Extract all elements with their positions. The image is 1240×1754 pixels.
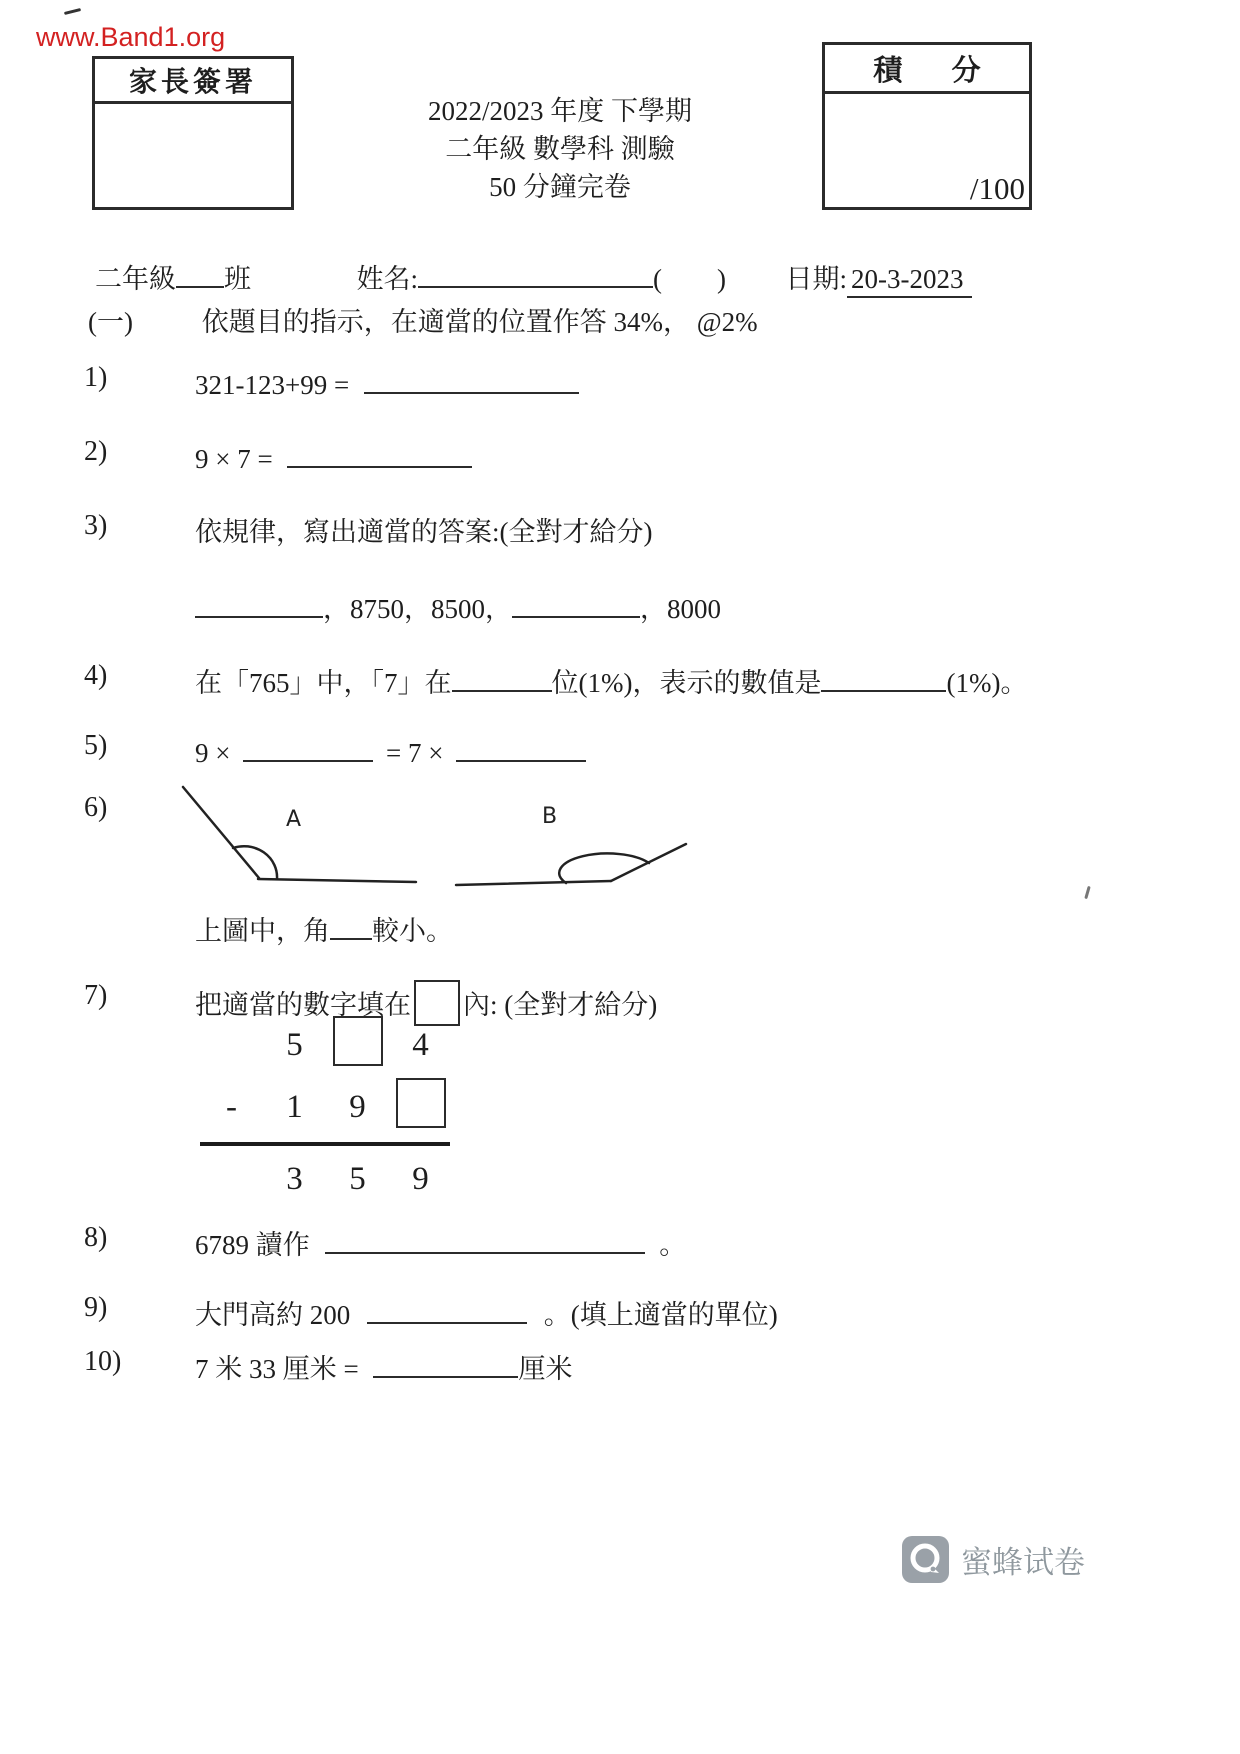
footer-brand: 蜜蜂试卷: [902, 1536, 1085, 1583]
footer-brand-text: 蜜蜂试卷: [961, 1537, 1085, 1582]
scan-artifact-dash: [64, 8, 81, 15]
score-box-title: 積 分: [825, 45, 1029, 94]
q5-text: 9 × = 7 ×: [195, 730, 586, 769]
q5-blank-1: [243, 730, 373, 762]
score-denominator: /100: [970, 171, 1025, 207]
class-suffix-label: 班: [224, 264, 251, 294]
q3-number: 3): [84, 510, 154, 542]
q7-text-2: 內: (全對才給分): [463, 990, 657, 1020]
paper-title-line3: 50 分鐘完卷: [340, 168, 780, 206]
angle-a-ray: [183, 787, 259, 878]
q3-blank-1: [195, 586, 323, 618]
score-box: 積 分 /100: [822, 42, 1032, 210]
angle-a-base: [258, 879, 416, 882]
angle-b-base: [456, 881, 611, 885]
q7-rule-line: [200, 1142, 450, 1146]
q4-number: 4): [84, 660, 154, 692]
q7-minus-sign: -: [200, 1089, 263, 1126]
q9-number: 9): [84, 1292, 154, 1324]
student-info-line: 二年級班 姓名:() 日期:20-3-2023: [95, 256, 1155, 296]
q1-expression: 321-123+99 =: [195, 370, 349, 400]
paren-close: ): [717, 264, 726, 294]
q6-number: 6): [84, 792, 154, 824]
angle-a-label: A: [286, 807, 301, 832]
section-header: (一) 依題目的指示，在適當的位置作答 34%， @2%: [88, 300, 1148, 339]
q3-blank-2: [512, 586, 640, 618]
bee-exam-logo-icon: [902, 1536, 949, 1583]
name-blank: [418, 256, 653, 288]
q8-number: 8): [84, 1222, 154, 1254]
q7-missing-box-2: [396, 1078, 446, 1128]
q7-minuend-row: 5 4: [200, 1014, 460, 1076]
site-watermark: www.Band1.org: [36, 22, 225, 53]
q5-number: 5): [84, 730, 154, 762]
q2-text: 9 × 7 =: [195, 436, 472, 475]
q7-result-digit-2: 5: [326, 1161, 389, 1198]
q3-sequence-end: ，8000: [640, 594, 721, 624]
q1-number: 1): [84, 362, 154, 394]
paren-open: (: [653, 264, 662, 294]
exam-paper-page: www.Band1.org 家長簽署 2022/2023 年度 下學期 二年級 …: [0, 0, 1240, 1754]
q7-subtrahend-row: - 1 9: [200, 1076, 460, 1138]
q4-blank-1: [452, 660, 552, 692]
q2-answer-blank: [287, 436, 472, 468]
q3-text: 依規律，寫出適當的答案:(全對才給分): [195, 510, 652, 549]
q7-subtrahend-digit-2: 9: [326, 1089, 389, 1126]
q4-text-3: (1%)。: [946, 668, 1027, 698]
q4-blank-2: [821, 660, 946, 692]
q7-minuend-digit-3: 4: [389, 1027, 452, 1064]
q10-text-2: 厘米: [518, 1354, 572, 1384]
q1-text: 321-123+99 =: [195, 362, 579, 401]
q7-result-row: 3 5 9: [200, 1148, 460, 1210]
q10-number: 10): [84, 1346, 154, 1378]
q3-sequence-mid: ，8750，8500，: [323, 594, 512, 624]
q5-text-2: = 7 ×: [386, 738, 443, 768]
q2-expression: 9 × 7 =: [195, 444, 273, 474]
q5-blank-2: [456, 730, 586, 762]
q9-text-1: 大門高約 200: [195, 1300, 350, 1330]
section-instruction: 依題目的指示，在適當的位置作答 34%， @2%: [202, 307, 758, 337]
q7-minuend-digit-1: 5: [263, 1027, 326, 1064]
q3-sequence: ，8750，8500，，8000: [195, 586, 721, 626]
q10-text: 7 米 33 厘米 = 厘米: [195, 1346, 572, 1386]
paper-title-line2: 二年級 數學科 測驗: [340, 130, 780, 168]
date-value: 20-3-2023: [847, 264, 971, 298]
q6-caption-2: 較小。: [372, 916, 453, 946]
q4-text-1: 在「765」中，「7」在: [195, 668, 452, 698]
name-label: 姓名:: [357, 264, 419, 294]
q8-text-1: 6789 讀作: [195, 1230, 310, 1260]
q1-answer-blank: [364, 362, 579, 394]
q7-number: 7): [84, 980, 154, 1012]
paper-title: 2022/2023 年度 下學期 二年級 數學科 測驗 50 分鐘完卷: [340, 92, 780, 206]
date-label: 日期:: [786, 264, 848, 294]
q6-angle-diagram: A B: [170, 778, 695, 893]
parent-signature-box: 家長簽署: [92, 56, 294, 210]
q8-text: 6789 讀作 。: [195, 1222, 686, 1262]
parent-signature-box-title: 家長簽署: [95, 59, 291, 104]
q7-missing-box-1: [333, 1016, 383, 1066]
q6-caption: 上圖中，角較小。: [195, 908, 453, 948]
q7-result-digit-1: 3: [263, 1161, 326, 1198]
q9-text: 大門高約 200 。(填上適當的單位): [195, 1292, 778, 1332]
q6-caption-1: 上圖中，角: [195, 916, 330, 946]
q4-text-2: 位(1%)，表示的數值是: [552, 668, 822, 698]
q9-text-2: 。(填上適當的單位): [544, 1300, 778, 1330]
q10-text-1: 7 米 33 厘米 =: [195, 1354, 359, 1384]
q10-answer-blank: [373, 1346, 518, 1378]
class-prefix-label: 二年級: [95, 264, 176, 294]
angle-b-label: B: [542, 804, 557, 829]
scan-artifact-tick: [1084, 886, 1090, 899]
q8-text-2: 。: [659, 1230, 686, 1260]
q4-text: 在「765」中，「7」在位(1%)，表示的數值是(1%)。: [195, 660, 1027, 700]
q5-text-1: 9 ×: [195, 738, 230, 768]
q2-number: 2): [84, 436, 154, 468]
section-label: (一): [88, 307, 133, 337]
paper-title-line1: 2022/2023 年度 下學期: [340, 92, 780, 130]
q7-result-digit-3: 9: [389, 1161, 452, 1198]
q6-answer-blank: [330, 908, 372, 940]
q7-subtraction: 5 4 - 1 9 3 5 9: [200, 1014, 460, 1210]
q7-subtrahend-digit-1: 1: [263, 1089, 326, 1126]
q8-answer-blank: [325, 1222, 645, 1254]
class-blank: [176, 256, 224, 288]
q9-answer-blank: [367, 1292, 527, 1324]
